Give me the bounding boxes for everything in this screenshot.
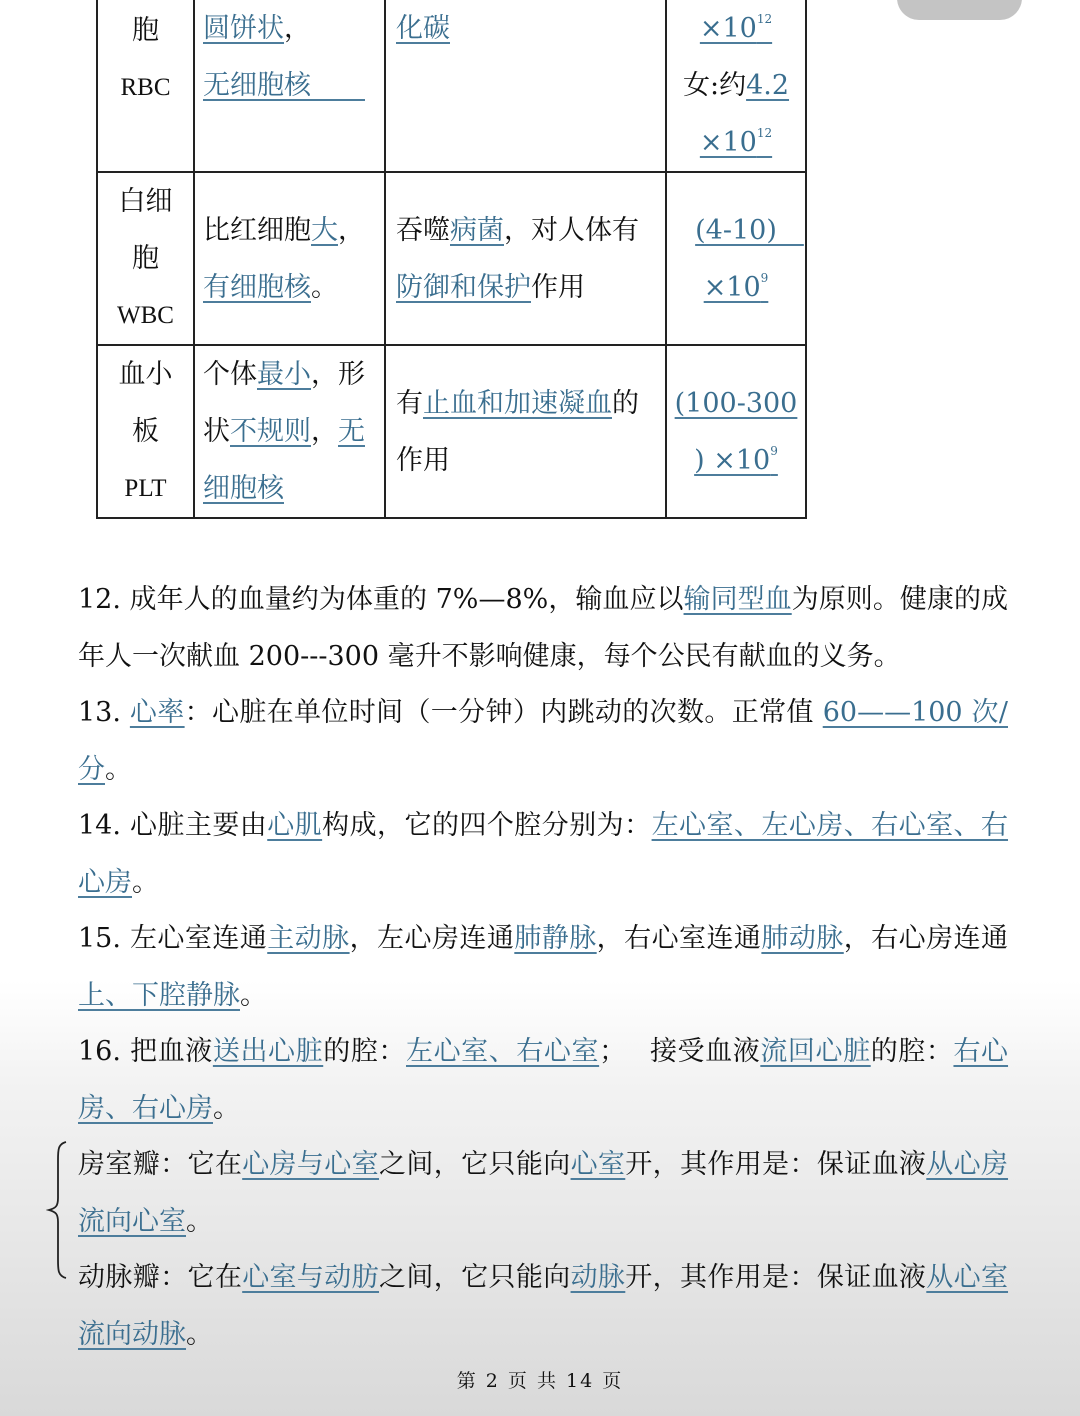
function-text: 吞噬 xyxy=(396,215,450,246)
table-row: 血小板PLT个体最小，形状不规则，无细胞核有止血和加速凝血的作用(100-300… xyxy=(97,345,806,518)
cell-function: 化碳 xyxy=(385,0,666,172)
paragraph-p-valve1: 房室瓣：它在心房与心室之间，它只能向心室开，其作用是：保证血液从心房流向心室。 xyxy=(78,1137,1008,1250)
cell-name: 白细胞WBC xyxy=(97,172,194,345)
blood-cells-table: 胞RBC圆饼状，无细胞核 化碳×1012女:约4.2×1012白细胞WBC比红细… xyxy=(96,0,807,519)
count-answer: (4-10) xyxy=(695,215,804,246)
count-line: 女:约4.2 xyxy=(667,57,805,114)
para-text: 12. 成年人的血量约为体重的 7%—8%，输血应以 xyxy=(78,584,684,615)
para-answer: 肺动脉 xyxy=(761,923,843,954)
cell-shape: 比红细胞大，有细胞核。 xyxy=(194,172,385,345)
para-answer: 心率 xyxy=(130,697,185,728)
para-answer: 输同型血 xyxy=(684,584,792,615)
para-text: 15. 左心室连通 xyxy=(78,923,267,954)
cell-name-line: 胞 xyxy=(98,2,193,59)
cell-name-line: 血小 xyxy=(98,346,193,403)
count-line: ) ×109 xyxy=(667,432,805,489)
shape-answer: 不规则 xyxy=(230,416,311,447)
para-answer: 左心室、右心室 xyxy=(406,1036,599,1067)
para-text: 开，其作用是：保证血液 xyxy=(625,1262,926,1293)
shape-text: 状 xyxy=(203,416,230,447)
function-text: 作用 xyxy=(396,445,450,476)
cell-function: 吞噬病菌，对人体有防御和保护作用 xyxy=(385,172,666,345)
paragraph-p13: 13. 心率：心脏在单位时间（一分钟）内跳动的次数。正常值 60——100 次/… xyxy=(78,685,1008,798)
para-text: 。 xyxy=(186,1206,213,1237)
shape-text: 。 xyxy=(311,272,338,303)
count-line: (100-300 xyxy=(667,375,805,432)
exponent: 12 xyxy=(757,12,772,26)
cell-name-line: WBC xyxy=(98,287,193,344)
cell-shape: 个体最小，形状不规则，无细胞核 xyxy=(194,345,385,518)
para-text: 16. 把血液 xyxy=(78,1036,213,1067)
para-answer: 动脉 xyxy=(571,1262,626,1293)
curly-brace-icon xyxy=(46,1140,70,1280)
function-text: 的 xyxy=(612,388,639,419)
para-answer: 心房与心室 xyxy=(242,1149,379,1180)
shape-answer: 大 xyxy=(311,215,338,246)
count-answer: ×109 xyxy=(704,272,769,303)
count-line: ×1012 xyxy=(667,0,805,57)
paragraph-p-valve2: 动脉瓣：它在心室与动肪之间，它只能向动脉开，其作用是：保证血液从心室流向动脉。 xyxy=(78,1250,1008,1363)
para-text: 之间，它只能向 xyxy=(379,1149,571,1180)
para-text: ，右心室连通 xyxy=(597,923,762,954)
cell-count: ×1012女:约4.2×1012 xyxy=(666,0,806,172)
count-line: (4-10) xyxy=(667,202,805,259)
cell-name-line: 白细 xyxy=(98,173,193,230)
scroll-pill-handle[interactable] xyxy=(897,0,1022,20)
function-answer: 化碳 xyxy=(396,13,450,44)
para-text: 。 xyxy=(132,867,159,898)
para-text: ，右心房连通 xyxy=(844,923,1008,954)
exponent: 9 xyxy=(770,444,778,458)
exponent: 9 xyxy=(761,271,769,285)
shape-text: ， xyxy=(284,13,311,44)
paragraph-p15: 15. 左心室连通主动脉，左心房连通肺静脉，右心室连通肺动脉，右心房连通上、下腔… xyxy=(78,911,1008,1024)
para-answer: 心肌 xyxy=(267,810,322,841)
paragraph-p14: 14. 心脏主要由心肌构成，它的四个腔分别为：左心室、左心房、右心室、右心房。 xyxy=(78,798,1008,911)
shape-answer: 细胞核 xyxy=(203,473,284,504)
para-answer: 上、下腔静脉 xyxy=(78,980,240,1011)
para-answer: 送出心脏 xyxy=(213,1036,323,1067)
para-text: ； 接受血液 xyxy=(599,1036,760,1067)
cell-name-line: 胞 xyxy=(98,230,193,287)
para-text: 13. xyxy=(78,697,130,728)
count-answer: ×1012 xyxy=(700,13,772,44)
para-text: ，左心房连通 xyxy=(350,923,515,954)
para-text: 的腔： xyxy=(323,1036,406,1067)
count-line: ×109 xyxy=(667,259,805,316)
count-answer: 4.2 xyxy=(746,70,789,101)
paragraph-p16: 16. 把血液送出心脏的腔：左心室、右心室； 接受血液流回心脏的腔：右心房、右心… xyxy=(78,1024,1008,1137)
cell-name-line: RBC xyxy=(98,59,193,116)
para-answer: 主动脉 xyxy=(267,923,349,954)
para-text: 构成，它的四个腔分别为： xyxy=(322,810,651,841)
para-text: 房室瓣：它在 xyxy=(78,1149,242,1180)
function-text: 作用 xyxy=(531,272,585,303)
para-answer: 流回心脏 xyxy=(760,1036,870,1067)
cell-function: 有止血和加速凝血的作用 xyxy=(385,345,666,518)
cell-count: (4-10) ×109 xyxy=(666,172,806,345)
table-row: 白细胞WBC比红细胞大，有细胞核。吞噬病菌，对人体有防御和保护作用(4-10) … xyxy=(97,172,806,345)
para-text: 。 xyxy=(240,980,267,1011)
shape-text: 个体 xyxy=(203,359,257,390)
count-answer: (100-300 xyxy=(675,388,798,419)
cell-name-line: PLT xyxy=(98,460,193,517)
shape-answer: 最小 xyxy=(257,359,311,390)
cell-name: 胞RBC xyxy=(97,0,194,172)
function-answer: 病菌 xyxy=(450,215,504,246)
table-row: 胞RBC圆饼状，无细胞核 化碳×1012女:约4.2×1012 xyxy=(97,0,806,172)
count-text: 女:约 xyxy=(683,70,746,101)
para-text: 动脉瓣：它在 xyxy=(78,1262,242,1293)
function-answer: 防御和保护 xyxy=(396,272,531,303)
exponent: 12 xyxy=(757,126,772,140)
shape-text: ，形 xyxy=(311,359,365,390)
para-answer: 心室与动肪 xyxy=(242,1262,379,1293)
shape-answer: 有细胞核 xyxy=(203,272,311,303)
para-answer: 心室 xyxy=(571,1149,626,1180)
para-text: 之间，它只能向 xyxy=(379,1262,571,1293)
count-answer: ×1012 xyxy=(700,127,772,158)
para-text: 14. 心脏主要由 xyxy=(78,810,267,841)
function-answer: 止血和加速凝血 xyxy=(423,388,612,419)
cell-count: (100-300) ×109 xyxy=(666,345,806,518)
function-text: ，对人体有 xyxy=(504,215,639,246)
page-footer: 第 2 页 共 14 页 xyxy=(0,1366,1080,1393)
cell-name-line: 板 xyxy=(98,403,193,460)
para-text: 。 xyxy=(213,1093,240,1124)
cell-name: 血小板PLT xyxy=(97,345,194,518)
para-text: 的腔： xyxy=(871,1036,954,1067)
count-answer: ) ×109 xyxy=(694,445,778,476)
count-line: ×1012 xyxy=(667,114,805,171)
paragraph-p12: 12. 成年人的血量约为体重的 7%—8%，输血应以输同型血为原则。健康的成年人… xyxy=(78,572,1008,685)
para-text: 。 xyxy=(105,754,132,785)
function-text: 有 xyxy=(396,388,423,419)
para-text: 。 xyxy=(186,1319,213,1350)
shape-text: ， xyxy=(311,416,338,447)
shape-answer: 无 xyxy=(338,416,365,447)
para-text: ：心脏在单位时间（一分钟）内跳动的次数。正常值 xyxy=(185,697,823,728)
para-answer: 肺静脉 xyxy=(514,923,596,954)
shape-text: ， xyxy=(338,215,365,246)
shape-answer: 圆饼状 xyxy=(203,13,284,44)
shape-text: 比红细胞 xyxy=(203,215,311,246)
shape-answer: 无细胞核 xyxy=(203,70,365,101)
para-text: 开，其作用是：保证血液 xyxy=(625,1149,926,1180)
cell-shape: 圆饼状，无细胞核 xyxy=(194,0,385,172)
